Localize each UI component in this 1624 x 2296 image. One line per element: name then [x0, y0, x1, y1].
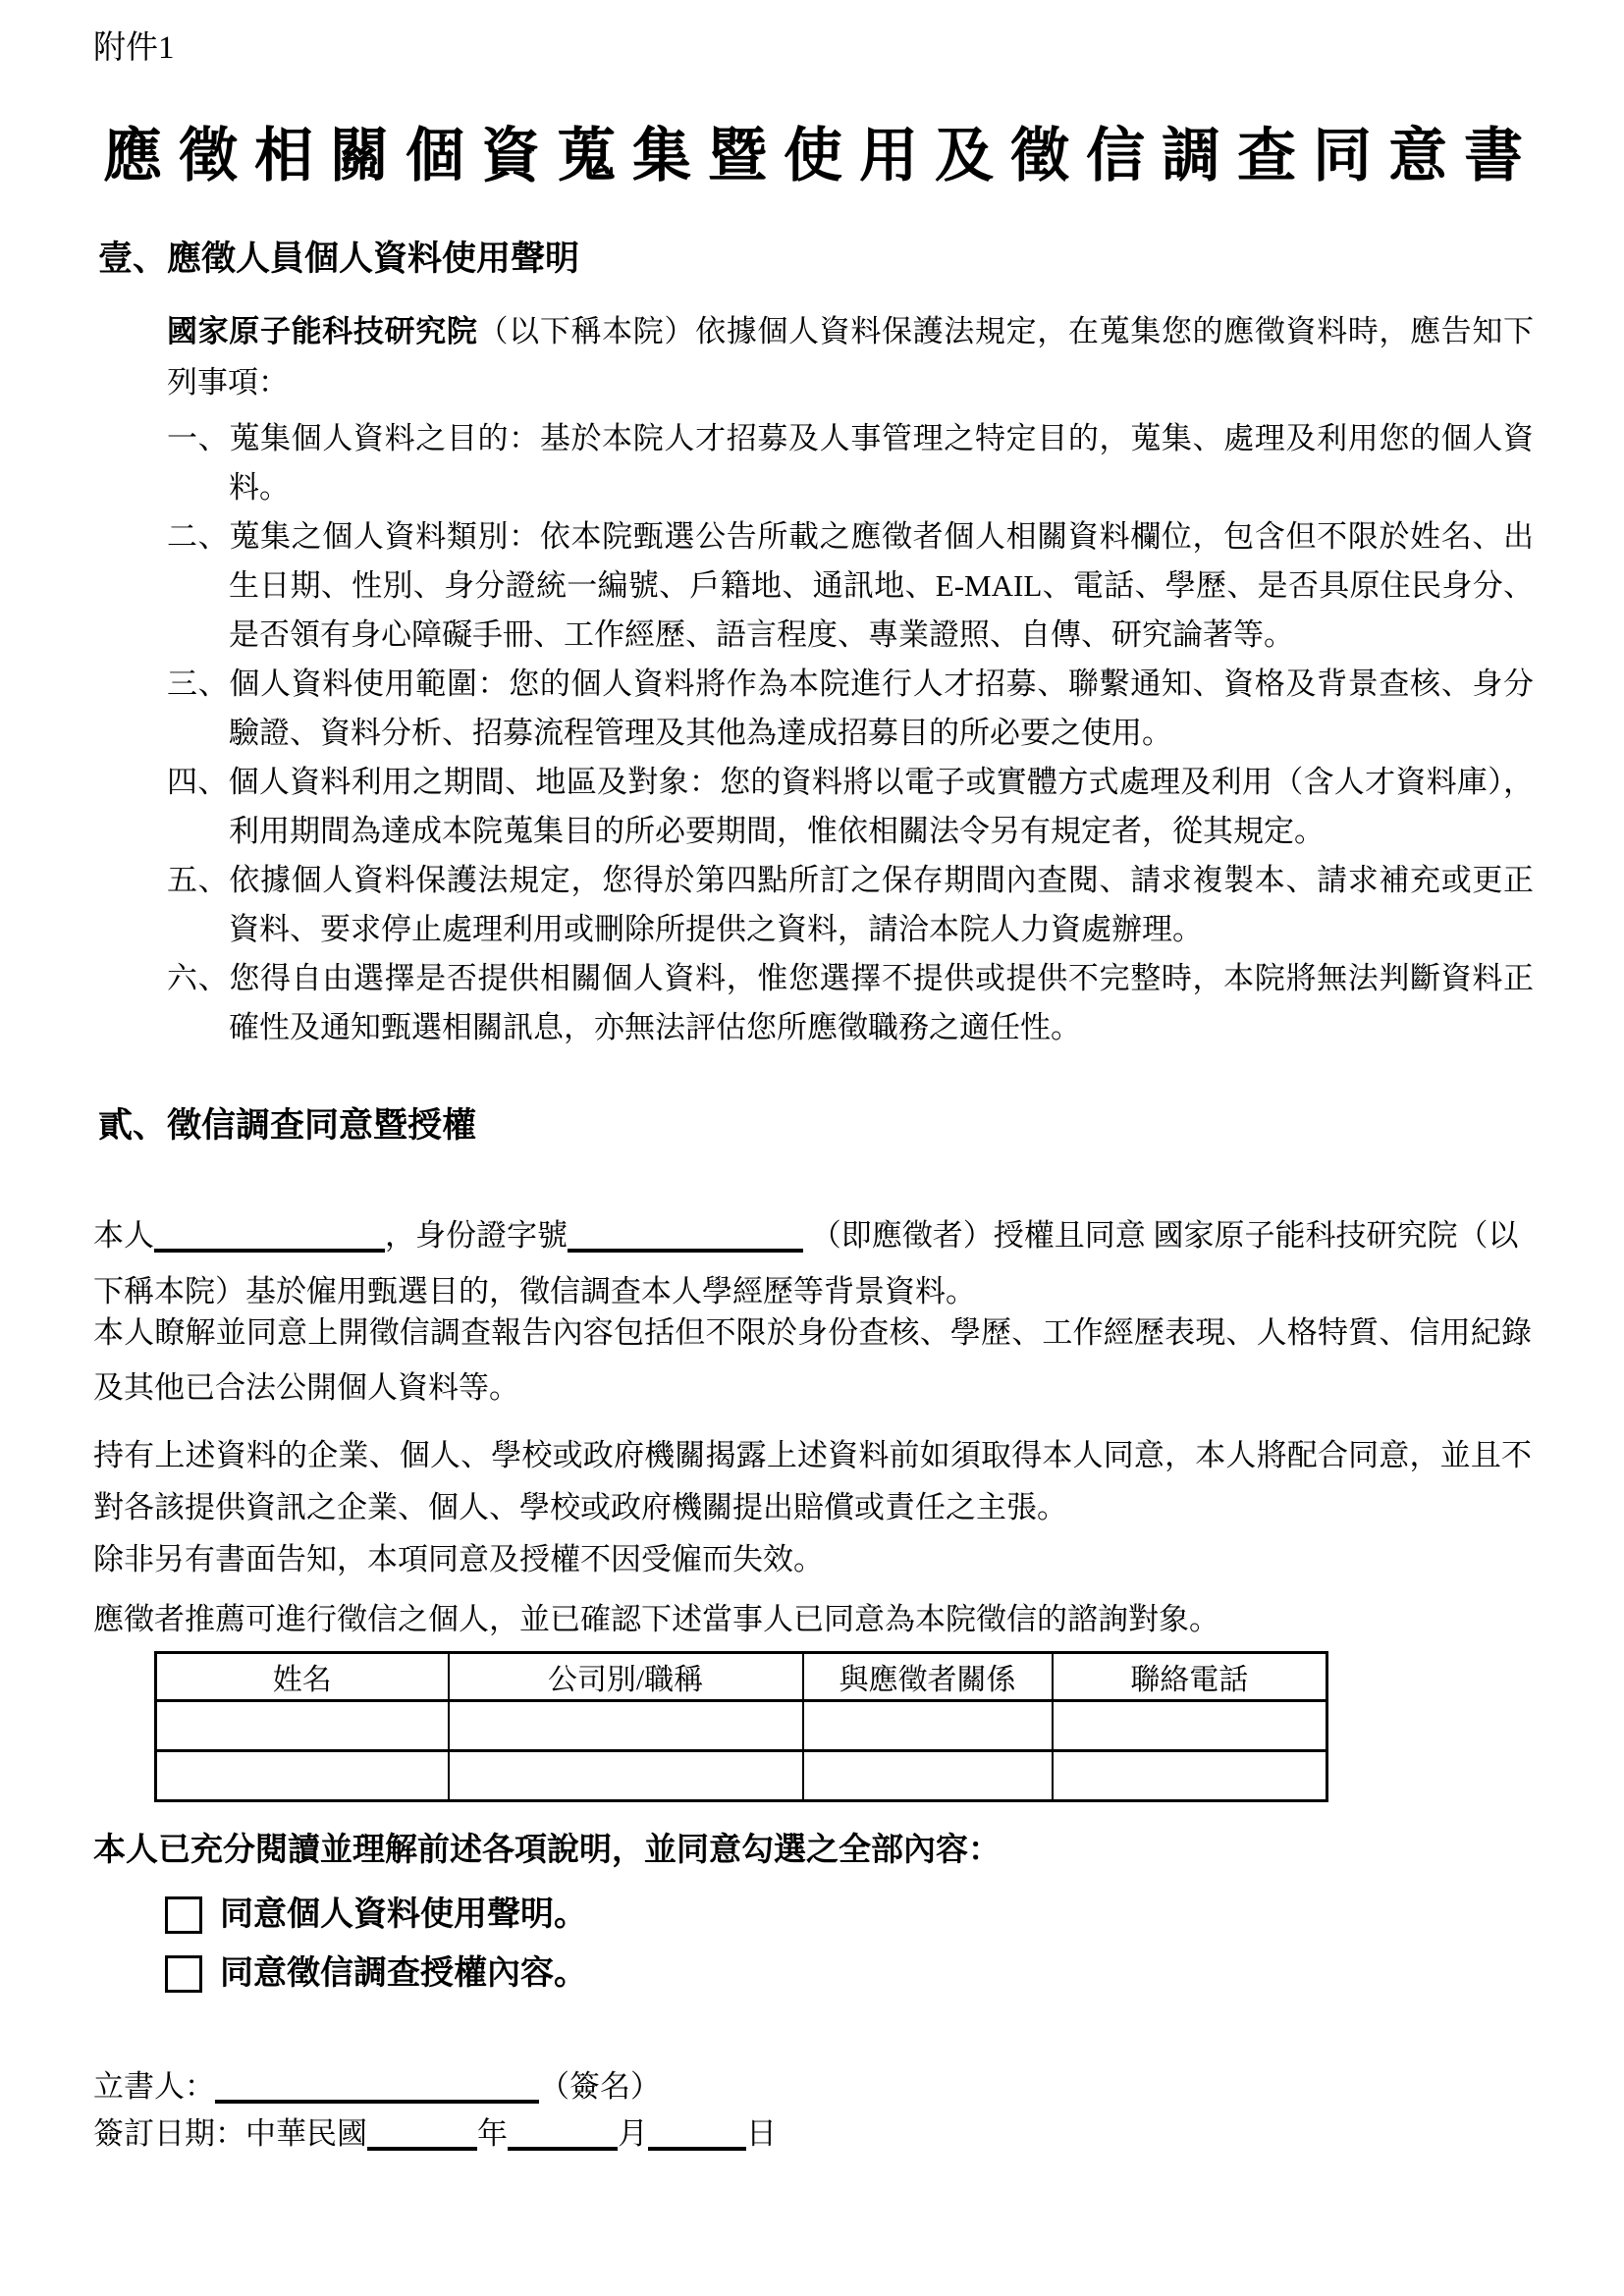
signature-blank-field[interactable] [215, 2100, 539, 2104]
table-row [156, 1751, 1327, 1801]
consent-heading: 本人已充分閱讀並理解前述各項說明，並同意勾選之全部內容： [93, 1832, 1001, 1871]
table-cell[interactable] [156, 1701, 449, 1751]
consent-option-personal-data: 同意個人資料使用聲明。 [165, 1896, 587, 1934]
item-text: 個人資料使用範圍：您的個人資料將作為本院進行人才招募、聯繫通知、資格及背景查核、… [229, 667, 1534, 750]
item-text: 蒐集之個人資料類別：依本院甄選公告所載之應徵者個人相關資料欄位，包含但不限於姓名… [229, 519, 1534, 652]
authorization-prefix: 本人 [93, 1218, 154, 1253]
year-label: 年 [477, 2116, 508, 2151]
list-item: 二、蒐集之個人資料類別：依本院甄選公告所載之應徵者個人相關資料欄位，包含但不限於… [167, 512, 1534, 660]
signer-suffix: （簽名） [539, 2069, 661, 2104]
attachment-label: 附件1 [93, 29, 175, 69]
item-number: 二、 [167, 519, 229, 554]
scope-paragraph: 本人瞭解並同意上開徵信調查報告內容包括但不限於身份查核、學歷、工作經歷表現、人格… [93, 1306, 1532, 1415]
table-row [156, 1701, 1327, 1751]
authorization-paragraph: 本人，身份證字號 （即應徵者）授權且同意 國家原子能科技研究院（以下稱本院）基於… [93, 1207, 1532, 1319]
consent-option-credit-check: 同意徵信調查授權內容。 [165, 1955, 587, 1993]
item-text: 您得自由選擇是否提供相關個人資料，惟您選擇不提供或提供不完整時，本院將無法判斷資… [229, 961, 1534, 1044]
section1-items: 一、蒐集個人資料之目的：基於本院人才招募及人事管理之特定目的，蒐集、處理及利用您… [167, 414, 1534, 1052]
item-number: 一、 [167, 421, 229, 455]
signer-label: 立書人： [93, 2069, 215, 2104]
checkbox-personal-data[interactable] [165, 1896, 202, 1934]
list-item: 五、依據個人資料保護法規定，您得於第四點所訂之保存期間內查閱、請求複製本、請求補… [167, 856, 1534, 954]
disclosure-paragraph: 持有上述資料的企業、個人、學校或政府機關揭露上述資料前如須取得本人同意，本人將配… [93, 1429, 1532, 1533]
list-item: 四、個人資料利用之期間、地區及對象：您的資料將以電子或實體方式處理及利用（含人才… [167, 758, 1534, 856]
list-item: 一、蒐集個人資料之目的：基於本院人才招募及人事管理之特定目的，蒐集、處理及利用您… [167, 414, 1534, 512]
table-cell[interactable] [803, 1751, 1053, 1801]
column-header-name: 姓名 [156, 1653, 449, 1701]
list-item: 三、個人資料使用範圍：您的個人資料將作為本院進行人才招募、聯繫通知、資格及背景查… [167, 660, 1534, 758]
applicant-name-blank-field[interactable] [154, 1249, 385, 1253]
date-line: 簽訂日期：中華民國年月日 [93, 2114, 777, 2154]
disclosure-block: 持有上述資料的企業、個人、學校或政府機關揭露上述資料前如須取得本人同意，本人將配… [93, 1429, 1532, 1585]
id-number-blank-field[interactable] [568, 1249, 803, 1253]
table-cell[interactable] [449, 1751, 803, 1801]
item-text: 依據個人資料保護法規定，您得於第四點所訂之保存期間內查閱、請求複製本、請求補充或… [229, 863, 1534, 946]
table-cell[interactable] [156, 1751, 449, 1801]
page-title: 應徵相關個資蒐集暨使用及徵信調查同意書 [103, 124, 1540, 188]
item-text: 個人資料利用之期間、地區及對象：您的資料將以電子或實體方式處理及利用（含人才資料… [229, 765, 1534, 848]
month-blank-field[interactable] [508, 2147, 618, 2151]
document-page: 附件1 應徵相關個資蒐集暨使用及徵信調查同意書 壹、應徵人員個人資料使用聲明 國… [0, 0, 1624, 2296]
section1-intro: 國家原子能科技研究院（以下稱本院）依據個人資料保護法規定，在蒐集您的應徵資料時，… [167, 306, 1534, 408]
table-cell[interactable] [1053, 1701, 1327, 1751]
checkbox-credit-check[interactable] [165, 1955, 202, 1993]
authorization-suffix: （即應徵者）授權且同意 國家原子能科技研究院（以下稱本院）基於僱用甄選目的，徵信… [93, 1218, 1519, 1308]
table-cell[interactable] [803, 1701, 1053, 1751]
validity-paragraph: 除非另有書面告知，本項同意及授權不因受僱而失效。 [93, 1533, 1532, 1585]
item-number: 四、 [167, 765, 229, 799]
month-label: 月 [618, 2116, 648, 2151]
section1-heading: 壹、應徵人員個人資料使用聲明 [98, 239, 579, 280]
table-cell[interactable] [449, 1701, 803, 1751]
day-blank-field[interactable] [648, 2147, 746, 2151]
item-number: 六、 [167, 961, 229, 995]
item-number: 三、 [167, 667, 229, 701]
day-label: 日 [746, 2116, 777, 2151]
table-cell[interactable] [1053, 1751, 1327, 1801]
year-blank-field[interactable] [367, 2147, 477, 2151]
organization-name: 國家原子能科技研究院 [167, 314, 478, 348]
id-number-label: ，身份證字號 [385, 1218, 568, 1253]
column-header-company: 公司別/職稱 [449, 1653, 803, 1701]
references-table: 姓名 公司別/職稱 與應徵者關係 聯絡電話 [154, 1651, 1328, 1802]
item-text: 蒐集個人資料之目的：基於本院人才招募及人事管理之特定目的，蒐集、處理及利用您的個… [229, 421, 1534, 505]
checkbox-label: 同意個人資料使用聲明。 [220, 1896, 587, 1933]
references-paragraph: 應徵者推薦可進行徵信之個人，並已確認下述當事人已同意為本院徵信的諮詢對象。 [93, 1600, 1532, 1639]
column-header-phone: 聯絡電話 [1053, 1653, 1327, 1701]
list-item: 六、您得自由選擇是否提供相關個人資料，惟您選擇不提供或提供不完整時，本院將無法判… [167, 954, 1534, 1052]
checkbox-label: 同意徵信調查授權內容。 [220, 1955, 587, 1992]
section2-heading: 貳、徵信調查同意暨授權 [98, 1105, 476, 1147]
column-header-relationship: 與應徵者關係 [803, 1653, 1053, 1701]
item-number: 五、 [167, 863, 229, 897]
signer-line: 立書人：（簽名） [93, 2067, 661, 2107]
date-label: 簽訂日期：中華民國 [93, 2116, 367, 2151]
table-header-row: 姓名 公司別/職稱 與應徵者關係 聯絡電話 [156, 1653, 1327, 1701]
